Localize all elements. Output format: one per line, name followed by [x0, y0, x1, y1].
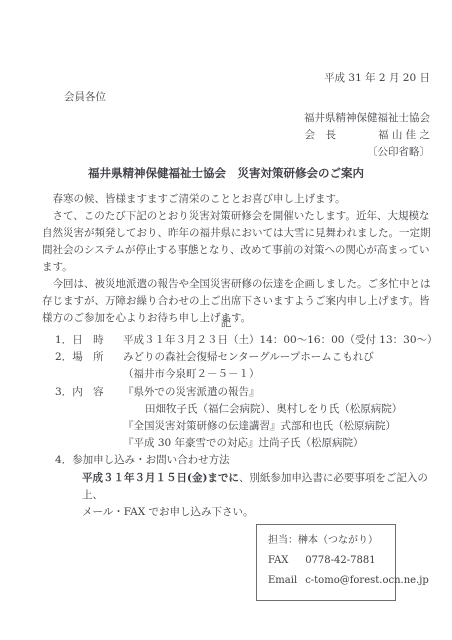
item-program-session2-value: 『全国災害対策研修の伝達講習』式部和也氏（松原病院）: [123, 418, 441, 435]
sender-president: 会 長 福 山 佳 之: [304, 127, 430, 144]
item-application-num: 4．: [55, 452, 72, 469]
contact-person: 担当：榊本（つながり）: [268, 531, 389, 551]
application-method: メール・FAX でお申し込み下さい。: [55, 504, 441, 521]
item-place-address-value: （福井市今泉町２－５－１）: [123, 366, 441, 383]
details-list: 1．日 時 平成３１年３月２３日（土）14：00～16：00（受付 13：30～…: [55, 332, 441, 521]
sender-organization: 福井県精神保健福祉士協会: [304, 110, 430, 127]
item-datetime-label: 1．日 時: [55, 332, 123, 349]
paragraph-greeting: 春寒の候、皆様ますますご清栄のこととお喜び申し上げます。: [42, 191, 438, 208]
application-deadline: 平成３１年３月１５日(金)までに: [82, 472, 239, 484]
item-application-label: 参加申し込み・お問い合わせ方法: [72, 452, 441, 469]
document-page: 平成 31 年 2 月 20 日 会員各位 福井県精神保健福祉士協会 会 長 福…: [0, 0, 452, 640]
recipient-line: 会員各位: [64, 89, 106, 106]
item-datetime-value: 平成３１年３月２３日（土）14：00～16：00（受付 13：30～）: [123, 332, 441, 349]
item-program-session3: 『平成 30 年豪雪での対応』辻尚子氏（松原病院）: [55, 435, 441, 452]
paragraph-background: さて、このたび下記のとおり災害対策研修会を開催いたします。近年、大規模な自然災害…: [42, 208, 438, 276]
item-application: 4． 参加申し込み・お問い合わせ方法: [55, 452, 441, 469]
item-program-session1: 『県外での災害派遣の報告』: [123, 384, 441, 401]
ki-marker: 記: [0, 315, 452, 332]
document-date: 平成 31 年 2 月 20 日: [324, 70, 430, 87]
application-deadline-line: 平成３１年３月１５日(金)までに、別紙参加申込書に必要事項をご記入の上、: [55, 470, 441, 504]
contact-box: 担当：榊本（つながり） FAX 0778-42-7881 Email c-tom…: [256, 524, 396, 601]
item-datetime: 1．日 時 平成３１年３月２３日（土）14：00～16：00（受付 13：30～…: [55, 332, 441, 349]
item-program-speakers-value: 田畑牧子氏（福仁会病院）、奥村しをり氏（松原病院）: [123, 401, 441, 418]
item-program-label: 3．内 容: [55, 384, 123, 401]
item-place: 2．場 所 みどりの森社会復帰センターグループホームこもれび: [55, 349, 441, 366]
item-program-session2: 『全国災害対策研修の伝達講習』式部和也氏（松原病院）: [55, 418, 441, 435]
item-place-address: （福井市今泉町２－５－１）: [55, 366, 441, 383]
item-program-session3-value: 『平成 30 年豪雪での対応』辻尚子氏（松原病院）: [123, 435, 441, 452]
email-label: Email: [268, 571, 302, 591]
document-title: 福井県精神保健福祉士協会 災害対策研修会のご案内: [0, 165, 452, 182]
fax-label: FAX: [268, 551, 302, 571]
item-place-label: 2．場 所: [55, 349, 123, 366]
item-program: 3．内 容 『県外での災害派遣の報告』: [55, 384, 441, 401]
contact-email: Email c-tomo@forest.ocn.ne.jp: [268, 571, 389, 591]
sender-block: 福井県精神保健福祉士協会 会 長 福 山 佳 之 〔公印省略〕: [304, 110, 430, 161]
email-address: c-tomo@forest.ocn.ne.jp: [305, 575, 429, 586]
contact-fax: FAX 0778-42-7881: [268, 551, 389, 571]
seal-omitted-note: 〔公印省略〕: [304, 144, 430, 161]
item-program-speakers: 田畑牧子氏（福仁会病院）、奥村しをり氏（松原病院）: [55, 401, 441, 418]
greeting-body: 春寒の候、皆様ますますご清栄のこととお喜び申し上げます。 さて、このたび下記のと…: [42, 191, 438, 327]
fax-number: 0778-42-7881: [305, 555, 375, 566]
item-place-value: みどりの森社会復帰センターグループホームこもれび: [123, 349, 441, 366]
